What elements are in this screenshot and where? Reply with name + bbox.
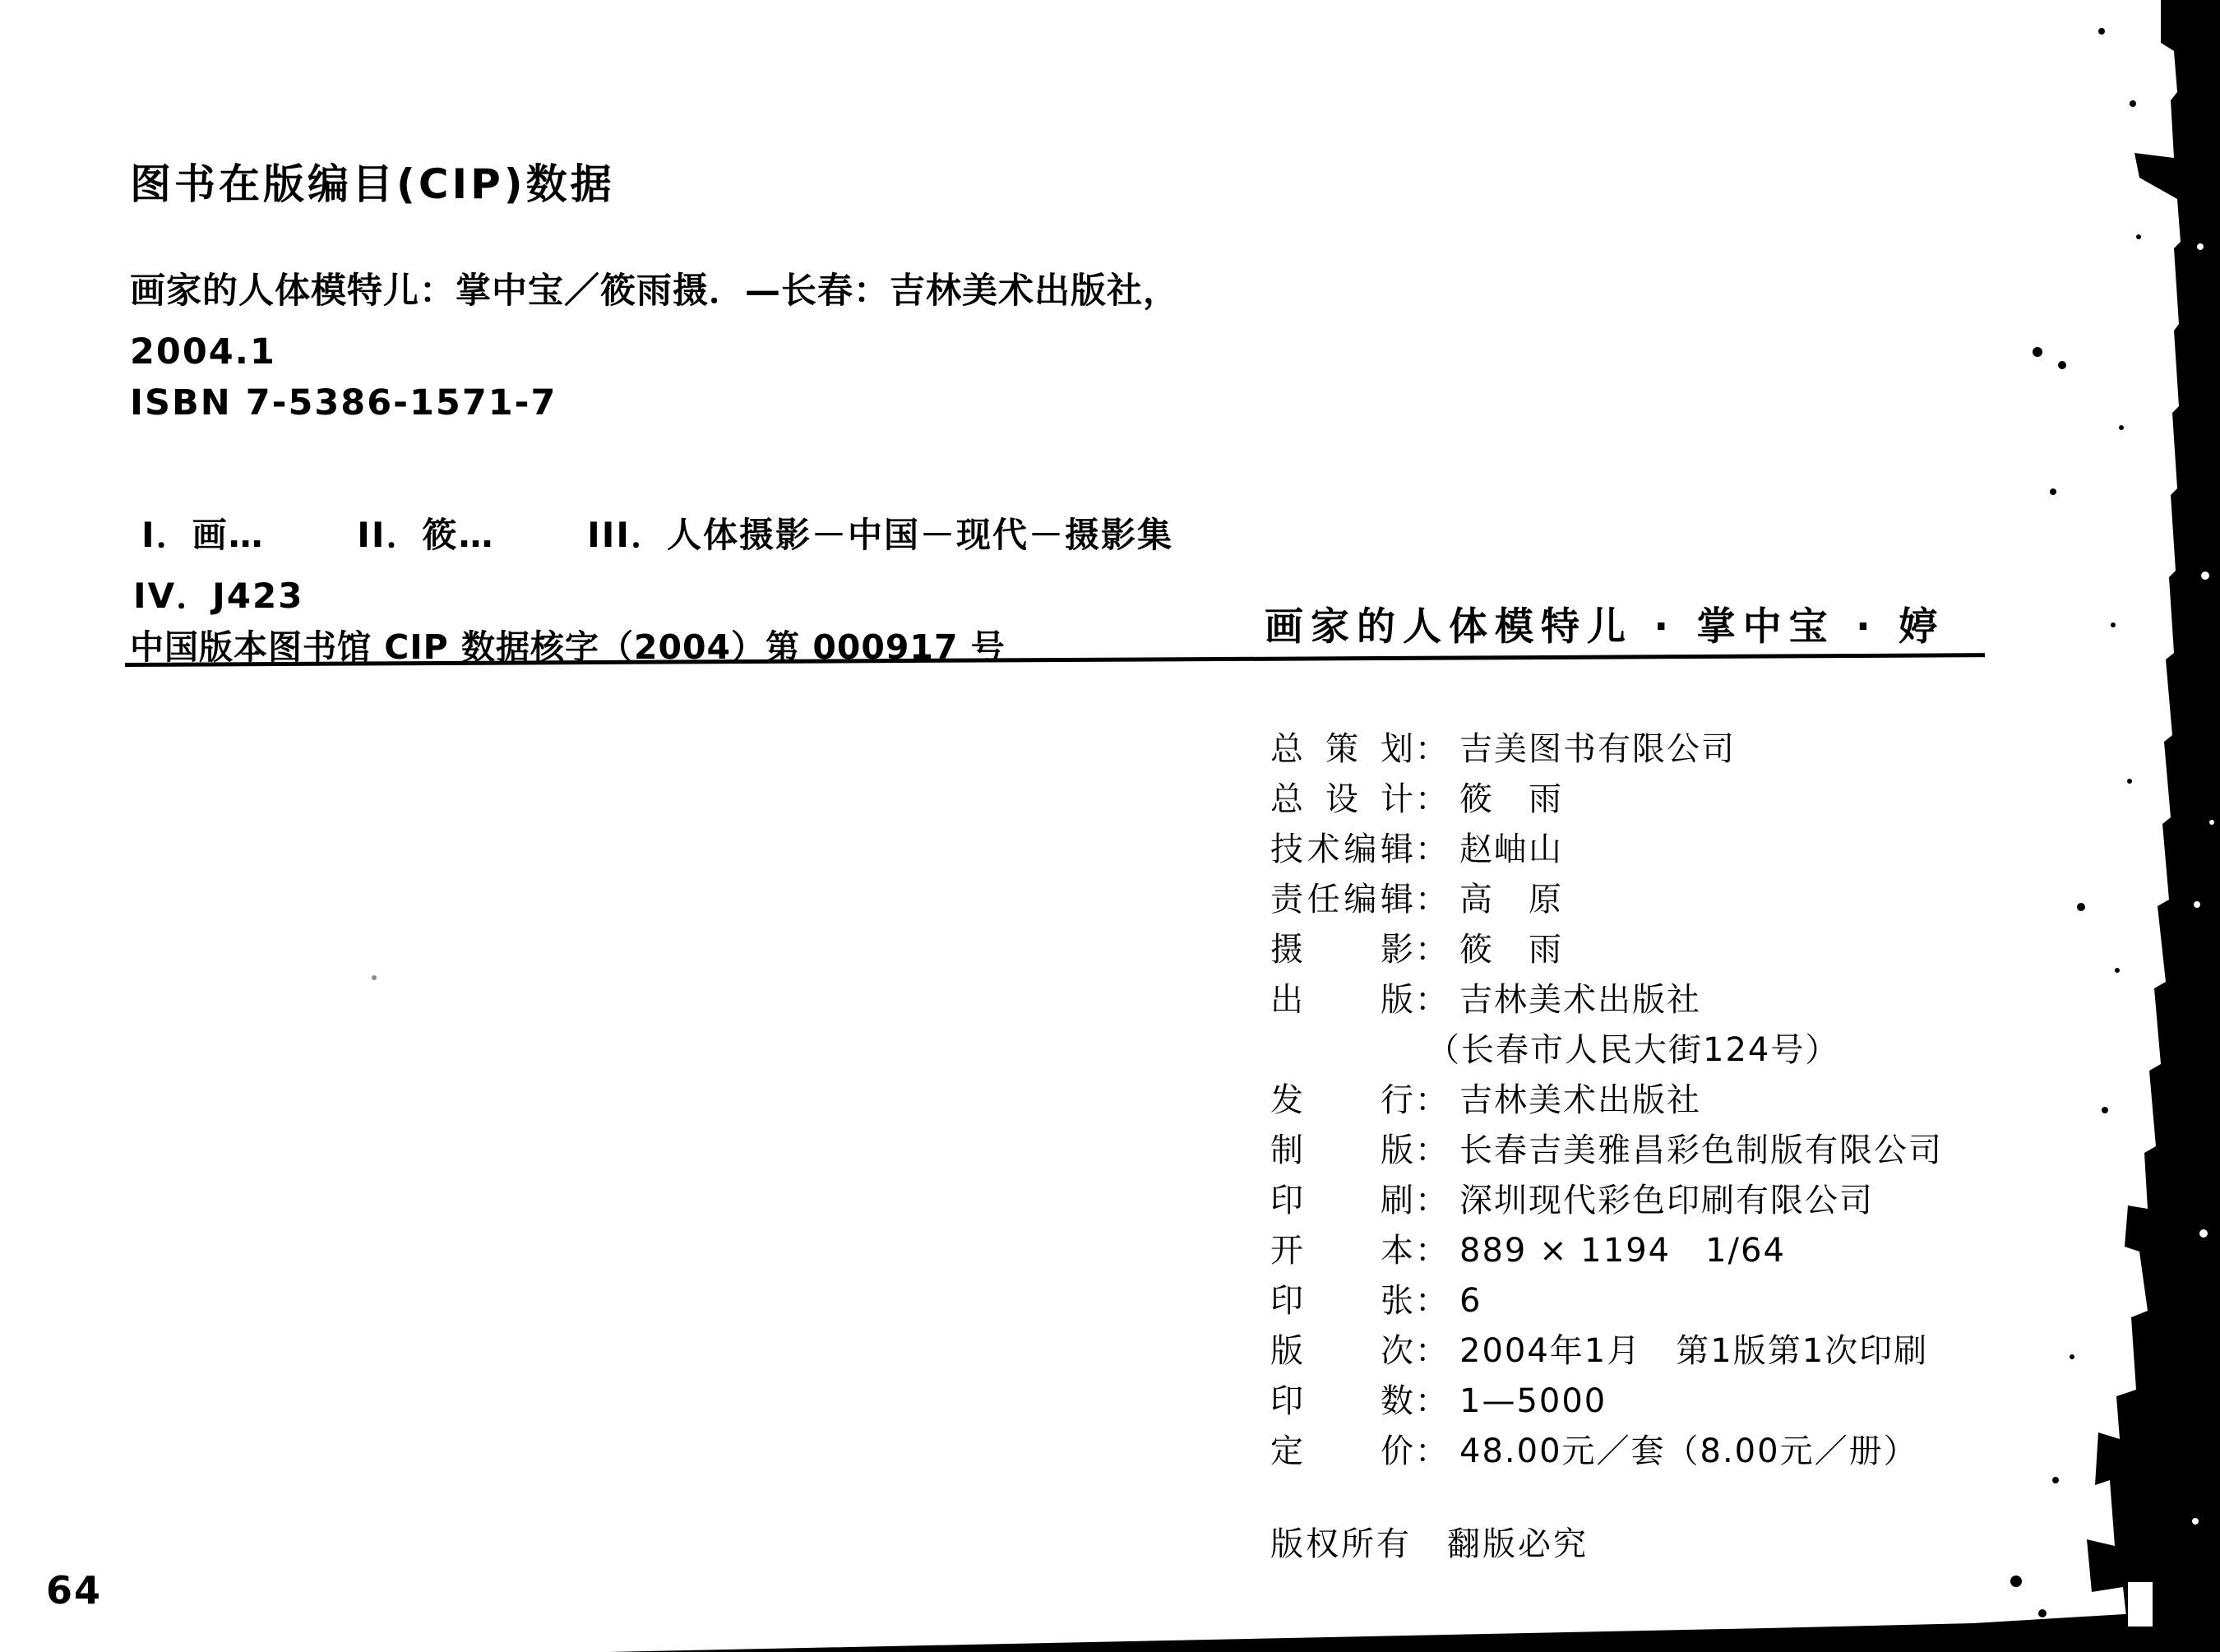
colophon-value: 筱 雨 bbox=[1459, 931, 1563, 969]
colophon-row: 总设计：筱 雨 bbox=[1270, 774, 1943, 824]
colophon-colon: ： bbox=[1415, 730, 1448, 768]
colophon-label: 发行 bbox=[1270, 1081, 1413, 1119]
colophon-label: 开本 bbox=[1270, 1232, 1413, 1270]
colophon-value: 吉林美术出版社 bbox=[1459, 1081, 1701, 1119]
colophon-colon: ： bbox=[1415, 1332, 1448, 1370]
colophon-colon: ： bbox=[1415, 931, 1448, 969]
isbn-line: ISBN 7-5386-1571-7 bbox=[130, 383, 557, 423]
colophon-value: 2004年1月 第1版第1次印刷 bbox=[1459, 1332, 1928, 1370]
colophon-label: 定价 bbox=[1270, 1432, 1413, 1470]
scanned-colophon-page: 图书在版编目(CIP)数据 画家的人体模特儿：掌中宝／筱雨摄．—长春：吉林美术出… bbox=[0, 0, 2220, 1652]
colophon-value: 889 × 1194 1/64 bbox=[1459, 1232, 1786, 1270]
page-number: 64 bbox=[46, 1569, 102, 1613]
classification-line-2: IV．J423 bbox=[133, 576, 303, 616]
colophon-label: 技术编辑 bbox=[1270, 831, 1413, 868]
colophon-label: 责任编辑 bbox=[1270, 881, 1413, 919]
colophon-value: 筱 雨 bbox=[1459, 780, 1563, 818]
colophon-label: 版次 bbox=[1270, 1332, 1413, 1370]
colophon-value: 高 原 bbox=[1459, 881, 1563, 919]
colophon-value: 赵岫山 bbox=[1459, 831, 1563, 868]
publication-year-line: 2004.1 bbox=[130, 332, 276, 373]
colophon-colon: ： bbox=[1415, 780, 1448, 818]
colophon-colon: ： bbox=[1415, 1382, 1448, 1420]
colophon-row: 印刷：深圳现代彩色印刷有限公司 bbox=[1270, 1175, 1943, 1225]
colophon-value: 6 bbox=[1459, 1282, 1482, 1320]
colophon-label: 摄影 bbox=[1270, 931, 1413, 969]
classification-item: III．人体摄影－中国－现代－摄影集 bbox=[587, 515, 1173, 555]
colophon-value: 吉美图书有限公司 bbox=[1459, 730, 1736, 768]
colophon-value: 48.00元／套（8.00元／册） bbox=[1459, 1432, 1918, 1470]
copyright-notice: 版权所有 翻版必究 bbox=[1270, 1525, 1589, 1563]
colophon-colon: ： bbox=[1415, 1131, 1448, 1169]
colophon-colon: ： bbox=[1415, 1081, 1448, 1119]
colophon-row: 总策划：吉美图书有限公司 bbox=[1270, 724, 1943, 774]
colophon-row: 发行：吉林美术出版社 bbox=[1270, 1075, 1943, 1125]
book-description-line: 画家的人体模特儿：掌中宝／筱雨摄．—长春：吉林美术出版社， bbox=[130, 271, 1179, 312]
colophon-label: 总策划 bbox=[1270, 730, 1413, 768]
colophon-value: 长春吉美雅昌彩色制版有限公司 bbox=[1459, 1131, 1943, 1169]
classification-line: I．画… II．筱… III．人体摄影－中国－现代－摄影集 bbox=[141, 516, 1173, 555]
cip-data-heading: 图书在版编目(CIP)数据 bbox=[130, 161, 615, 209]
colophon-row: 摄影：筱 雨 bbox=[1270, 924, 1943, 974]
classification-item: I．画… bbox=[141, 515, 265, 555]
colophon-value: 1—5000 bbox=[1459, 1382, 1607, 1420]
colophon-row: 定价：48.00元／套（8.00元／册） bbox=[1270, 1426, 1943, 1476]
colophon-colon: ： bbox=[1415, 1432, 1448, 1470]
colophon-row: 责任编辑：高 原 bbox=[1270, 874, 1943, 924]
colophon-row: 出版：吉林美术出版社 bbox=[1270, 974, 1943, 1025]
colophon-row: 版次：2004年1月 第1版第1次印刷 bbox=[1270, 1326, 1943, 1376]
colophon-label: 印刷 bbox=[1270, 1182, 1413, 1219]
series-title: 画家的人体模特儿 · 掌中宝 · 婷 bbox=[1265, 605, 1945, 650]
colophon-colon: ： bbox=[1415, 881, 1448, 919]
colophon-row: 印数：1—5000 bbox=[1270, 1376, 1943, 1426]
colophon-colon: ： bbox=[1415, 1182, 1448, 1219]
colophon-label: 印张 bbox=[1270, 1282, 1413, 1320]
colophon-row: （长春市人民大街124号） bbox=[1270, 1025, 1943, 1075]
colophon-row: 技术编辑：赵岫山 bbox=[1270, 824, 1943, 874]
colophon-colon: ： bbox=[1415, 1232, 1448, 1270]
colophon-label: 出版 bbox=[1270, 981, 1413, 1019]
colophon-colon: ： bbox=[1415, 981, 1448, 1019]
colophon-row: 开本：889 × 1194 1/64 bbox=[1270, 1225, 1943, 1275]
colophon-colon: ： bbox=[1415, 1282, 1448, 1320]
colophon-colon: ： bbox=[1415, 831, 1448, 868]
classification-item: II．筱… bbox=[357, 515, 494, 555]
colophon-label: 总设计 bbox=[1270, 780, 1413, 818]
colophon-value: （长春市人民大街124号） bbox=[1427, 1031, 1839, 1069]
colophon-label: 制版 bbox=[1270, 1131, 1413, 1169]
colophon-row: 制版：长春吉美雅昌彩色制版有限公司 bbox=[1270, 1125, 1943, 1175]
colophon-value: 吉林美术出版社 bbox=[1459, 981, 1701, 1019]
colophon-label: 印数 bbox=[1270, 1382, 1413, 1420]
colophon-value: 深圳现代彩色印刷有限公司 bbox=[1459, 1182, 1874, 1219]
colophon-details: 总策划：吉美图书有限公司 总设计：筱 雨 技术编辑：赵岫山 责任编辑：高 原 摄… bbox=[1270, 724, 1943, 1476]
colophon-row: 印张：6 bbox=[1270, 1275, 1943, 1326]
